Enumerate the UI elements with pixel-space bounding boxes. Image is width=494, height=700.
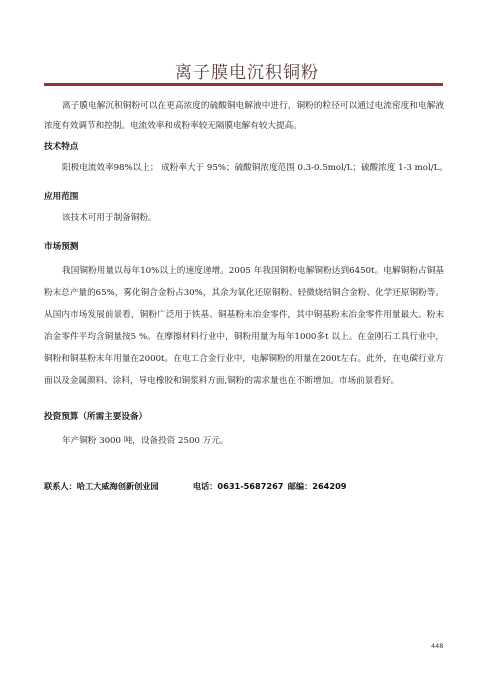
section-heading-market: 市场预测 — [44, 240, 78, 252]
section-heading-investment: 投资预算（所需主要设备） — [44, 410, 147, 422]
contact-phone: 电话：0631-5687267 — [193, 481, 285, 492]
contact-person: 联系人：哈工大威海创新创业园 — [44, 481, 190, 492]
section-heading-applications: 应用范围 — [44, 190, 78, 202]
page-number: 448 — [431, 642, 443, 650]
section-heading-features: 技术特点 — [44, 140, 78, 152]
investment-paragraph: 年产铜粉 3000 吨，设备投资 2500 万元。 — [44, 431, 444, 451]
document-title: 离子膜电沉积铜粉 — [0, 58, 494, 83]
contact-line: 联系人：哈工大威海创新创业园 电话：0631-5687267 邮编：264209 — [44, 481, 346, 492]
applications-paragraph: 该技术可用于制备铜粉。 — [44, 208, 444, 228]
title-underline — [44, 83, 443, 86]
contact-postcode: 邮编：264209 — [288, 481, 347, 492]
intro-paragraph: 离子膜电解沉积铜粉可以在更高浓度的硫酸铜电解液中进行，铜粉的粒径可以通过电流密度… — [44, 96, 444, 136]
features-paragraph: 阳极电流效率98%以上； 成粉率大于 95%；硫酸铜浓度范围 0.3-0.5mo… — [44, 158, 464, 178]
market-paragraph: 我国铜粉用量以每年10%以上的速度递增。2005 年我国铜粉电解铜粉达到6450… — [44, 260, 444, 392]
